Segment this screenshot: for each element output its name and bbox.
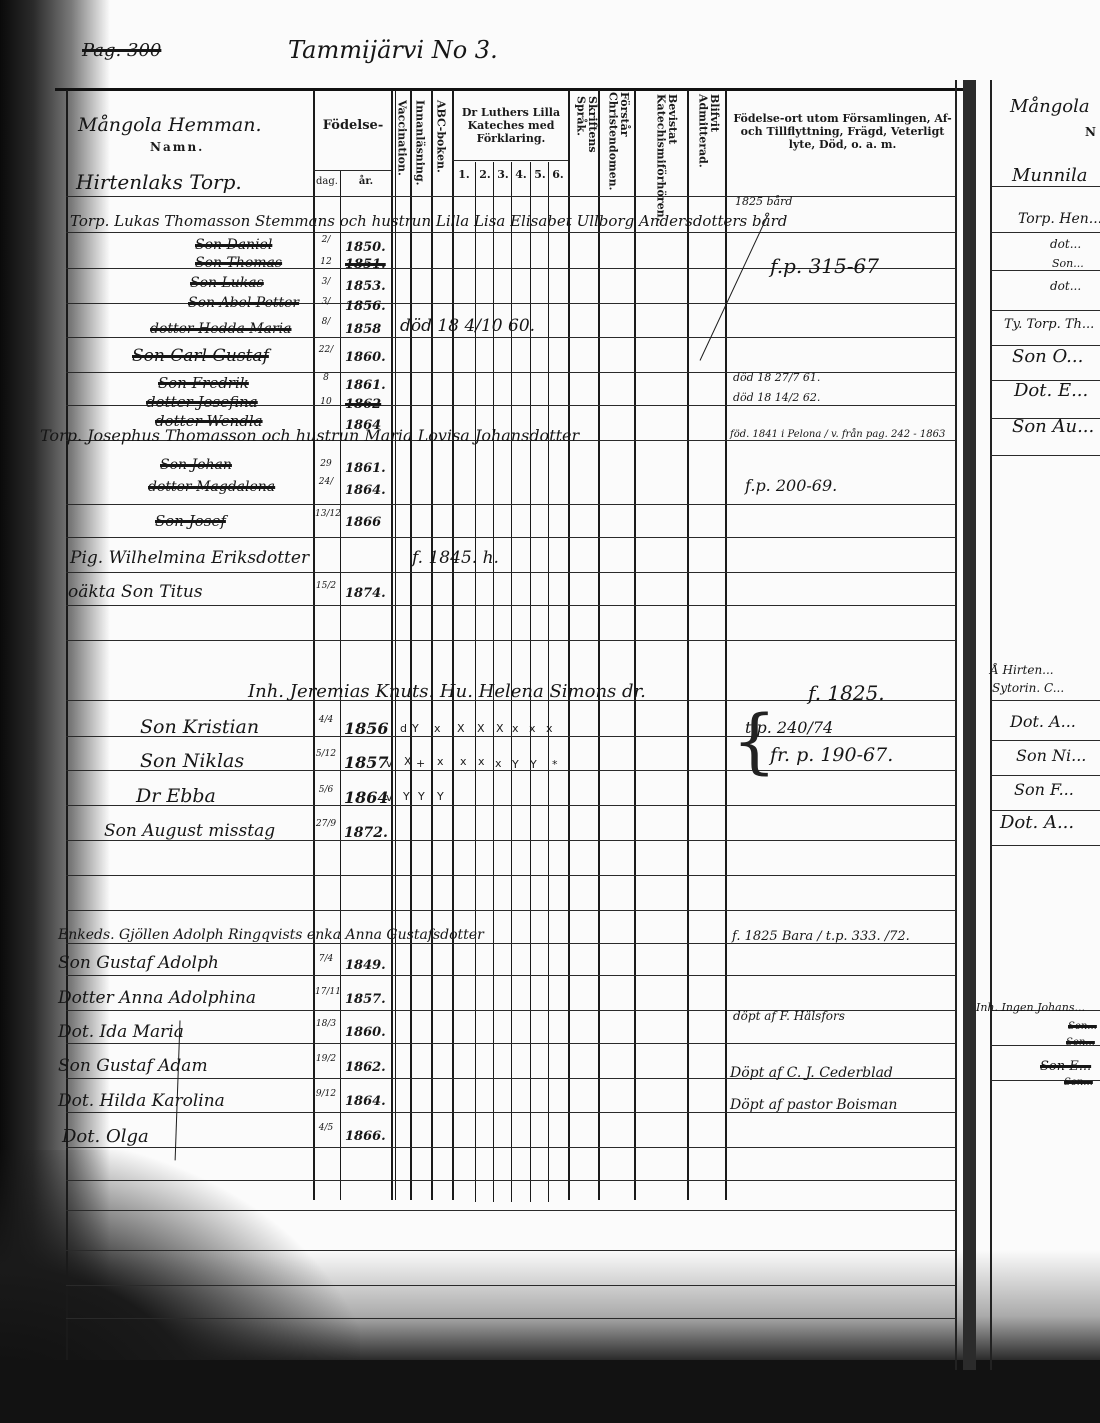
right-row-rule — [990, 455, 1100, 456]
row-rule — [66, 504, 956, 505]
row-rule — [66, 572, 956, 573]
right-entry: Son... — [1064, 1078, 1093, 1088]
member-name: Son Johan — [160, 458, 232, 472]
row-rule — [66, 875, 956, 876]
right-section-heading: Munnila — [1012, 167, 1087, 185]
birth-day: 18/3 — [315, 1020, 337, 1029]
row-rule — [66, 1180, 956, 1181]
birth-year: 1864 — [344, 788, 389, 807]
header-innanlasning: Innanläsning. — [414, 100, 426, 192]
member-name: Dot. Ida Maria — [58, 1024, 184, 1041]
birth-day: 8/ — [315, 318, 337, 327]
col-line-birth-left — [313, 90, 315, 1200]
exam-mark: x — [512, 722, 519, 735]
exam-mark: Y — [403, 790, 410, 803]
row-rule — [66, 1043, 956, 1044]
birth-year: 1861. — [345, 378, 386, 393]
right-entry: Son... — [1066, 1038, 1095, 1048]
birth-day: 13/12 — [315, 510, 337, 519]
remark-birth-year: f. 1825. — [808, 683, 885, 703]
exam-mark: Y — [418, 790, 425, 803]
right-header-name: N — [1085, 125, 1096, 139]
row-rule — [66, 537, 956, 538]
member-name: Dotter Anna Adolphina — [58, 990, 256, 1007]
header-abc-boken: ABC-boken. — [435, 100, 447, 192]
header-birth-day: dag. — [314, 176, 340, 188]
birth-year: 1862 — [345, 398, 381, 411]
row-rule — [66, 975, 956, 976]
remark-baptism: Döpt af C. J. Cederblad — [730, 1066, 893, 1080]
parish-register-page: Pag. 300 Tammijärvi No 3. Mångola Hemman… — [0, 0, 1100, 1423]
row-rule — [66, 337, 956, 338]
right-row-rule — [990, 700, 1100, 701]
birth-day: 4/4 — [315, 716, 337, 725]
right-row-rule — [990, 810, 1100, 811]
col-line-luther-left — [452, 90, 454, 1200]
row-rule — [66, 1318, 956, 1319]
right-entry: Dot. A... — [1010, 714, 1076, 730]
member-name: Son Kristian — [140, 718, 259, 737]
right-row-rule — [990, 845, 1100, 846]
remark-death: död 18 27/7 61. — [733, 372, 820, 383]
exam-mark: v — [386, 791, 393, 804]
exam-mark: x — [460, 755, 467, 768]
birth-day: 29 — [315, 460, 337, 469]
header-luther-part-4: 4. — [512, 168, 530, 181]
member-name: Son Carl Gustaf — [132, 348, 269, 365]
member-name: Dr Ebba — [136, 787, 216, 806]
birth-year: 1864. — [345, 1094, 386, 1109]
birth-day: 19/2 — [315, 1055, 337, 1064]
exam-mark: X — [404, 755, 412, 768]
header-bevistat-katechismiforhoren: Bevistat Katechismiförhören. — [642, 94, 678, 194]
header-luther-part-1: 1. — [455, 168, 473, 181]
right-entry: Å Hirten... — [990, 664, 1054, 676]
row-rule — [66, 372, 956, 373]
exam-mark: d — [400, 722, 407, 735]
right-row-rule — [990, 740, 1100, 741]
right-row-rule — [990, 310, 1100, 311]
birth-day: 12 — [315, 258, 337, 267]
right-entry: Son Au... — [1012, 418, 1094, 436]
remark-brace: { — [732, 706, 777, 776]
member-name: dotter Josefina — [146, 395, 258, 410]
header-bottom-rule — [66, 196, 956, 197]
remark-transfer: f.p. 200-69. — [745, 478, 837, 494]
exam-mark: Y — [512, 758, 519, 771]
birth-sub-rule — [313, 170, 391, 171]
remark-transfer: f.p. 315-67 — [770, 256, 879, 276]
household-head: Torp. Josephus Thomasson och hustrun Mar… — [40, 428, 579, 444]
member-name: Son August misstag — [104, 823, 275, 840]
remark-birth-year: 1825 bård — [735, 196, 792, 207]
birth-day: 3/ — [315, 298, 337, 307]
exam-mark: x — [495, 757, 502, 770]
right-header-estate: Mångola — [1010, 98, 1090, 116]
birth-year: 1866. — [345, 1129, 386, 1144]
row-rule — [66, 1147, 956, 1148]
right-entry: Ty. Torp. Th... — [1004, 318, 1094, 331]
row-rule — [66, 232, 956, 233]
col-line-remarks-left — [725, 90, 727, 1200]
right-entry: Son F... — [1014, 782, 1074, 798]
birth-year: 1857. — [345, 992, 386, 1007]
member-name: Son Niklas — [140, 752, 244, 771]
birth-year: 1860. — [345, 1025, 386, 1040]
spine-edge — [955, 80, 957, 1370]
member-name: dotter Magdalena — [148, 480, 275, 494]
birth-day: 5/12 — [315, 750, 337, 759]
member-name: dotter Hedda Maria — [150, 322, 291, 336]
birth-year: 1861. — [345, 461, 386, 476]
birth-year: 1860. — [345, 350, 386, 365]
remark-origin: föd. 1841 i Pelona / v. från pag. 242 - … — [730, 430, 945, 440]
birth-day: 4/5 — [315, 1124, 337, 1133]
member-name: oäkta Son Titus — [68, 584, 203, 601]
birth-year: 1866 — [345, 515, 381, 530]
member-name: Son Lukas — [190, 276, 264, 290]
book-spine — [963, 80, 976, 1370]
member-name: Pig. Wilhelmina Eriksdotter — [70, 550, 309, 567]
header-luther-part-6: 6. — [549, 168, 567, 181]
right-row-rule — [990, 232, 1100, 233]
bracket-stroke — [700, 215, 769, 360]
birth-day: 10 — [315, 398, 337, 407]
exam-mark: Y — [437, 790, 444, 803]
top-rule — [55, 88, 965, 91]
birth-day: 15/2 — [315, 582, 337, 591]
birth-day: 3/ — [315, 278, 337, 287]
header-birth: Födelse- — [316, 118, 390, 134]
right-row-rule — [990, 775, 1100, 776]
exam-mark: Y — [412, 722, 419, 735]
birth-year: 1851. — [345, 258, 386, 271]
remark-death: död 18 14/2 62. — [733, 392, 820, 403]
right-entry: Sytorin. C... — [992, 682, 1064, 694]
member-name: Son Josef — [155, 514, 226, 529]
luther-sub-rule — [452, 160, 568, 161]
birth-year: 1874. — [345, 586, 386, 601]
exam-mark: X — [496, 722, 504, 735]
birth-year: 1858 — [345, 322, 381, 337]
col-line-bevistat-left — [634, 90, 636, 1200]
remark-death: död 18 4/10 60. — [400, 318, 535, 335]
birth-year: 1850. — [345, 240, 386, 255]
right-header-bottom-rule — [990, 186, 1100, 187]
right-page-edge — [990, 80, 992, 1370]
right-row-rule — [990, 270, 1100, 271]
birth-day: 8 — [315, 374, 337, 383]
member-name: Dot. Hilda Karolina — [58, 1093, 225, 1110]
page-title: Tammijärvi No 3. — [288, 38, 498, 62]
birth-year: 1849. — [345, 958, 386, 973]
right-entry: Son E... — [1040, 1060, 1091, 1073]
right-entry: Son... — [1068, 1022, 1097, 1032]
member-name: Dot. Olga — [62, 1128, 149, 1146]
right-entry: Dot. E... — [1014, 382, 1088, 400]
row-rule — [66, 1285, 956, 1286]
birth-year: 1862. — [345, 1060, 386, 1075]
exam-mark: x — [437, 755, 444, 768]
col-line-double — [395, 90, 396, 1200]
birth-year: 1856. — [345, 299, 386, 314]
right-entry: Torp. Hen... — [1018, 212, 1100, 226]
exam-mark: x — [478, 755, 485, 768]
remark-birth-year: f. 1845. h. — [412, 550, 499, 567]
header-luther-catechism: Dr Luthers Lilla Kateches med Förklaring… — [454, 106, 568, 146]
header-birth-year: år. — [342, 176, 390, 188]
col-line-skrift-left — [568, 90, 570, 1200]
row-rule — [66, 910, 956, 911]
member-name: Son Daniel — [195, 238, 272, 252]
col-line-vacc-left — [391, 90, 393, 1200]
birth-year: 1853. — [345, 279, 386, 294]
birth-day: 2/ — [315, 236, 337, 245]
birth-year: 1864. — [345, 483, 386, 498]
exam-mark: x — [546, 722, 553, 735]
header-blifvit-admitterad: Blifvit Admitterad. — [694, 94, 720, 194]
right-entry: dot... — [1050, 238, 1081, 250]
row-rule — [66, 640, 956, 641]
household-head: Torp. Lukas Thomasson Stemmans och hustr… — [70, 214, 787, 229]
header-luther-part-3: 3. — [494, 168, 512, 181]
exam-mark: v — [386, 757, 393, 770]
col-line-admit-left — [687, 90, 689, 1200]
birth-day: 5/6 — [315, 786, 337, 795]
household-head: Inh. Jeremias Knuts. Hu. Helena Simons d… — [248, 683, 646, 701]
row-rule — [66, 1210, 956, 1211]
exam-mark: + — [416, 757, 425, 770]
struck-page-ref: Pag. 300 — [82, 42, 161, 60]
remark-origin: f. 1825 Bara / t.p. 333. /72. — [732, 930, 910, 943]
header-skriftens-sprak: Skriftens Språk. — [575, 96, 598, 192]
header-estate-name: Mångola Hemman. — [78, 116, 262, 135]
col-line-left-edge — [66, 90, 68, 1360]
birth-day: 17/11 — [315, 988, 337, 997]
birth-year: 1872. — [344, 825, 388, 841]
birth-day: 22/ — [315, 346, 337, 355]
col-line-innan-left — [410, 90, 412, 1200]
birth-year: 1857 — [344, 753, 389, 772]
row-rule — [66, 605, 956, 606]
right-entry: Dot. A... — [1000, 814, 1074, 832]
col-line-abc-left — [431, 90, 433, 1200]
right-entry: Son Ni... — [1016, 748, 1086, 764]
member-name: Son Gustaf Adolph — [58, 955, 219, 972]
birth-year: 1856 — [344, 719, 389, 738]
remark-transfer: fr. p. 190-67. — [770, 746, 893, 765]
exam-mark: X — [477, 722, 485, 735]
birth-day: 7/4 — [315, 955, 337, 964]
section-heading-hirtenlaks: Hirtenlaks Torp. — [76, 172, 242, 192]
header-vaccination: Vaccination. — [396, 100, 408, 192]
birth-day: 9/12 — [315, 1090, 337, 1099]
exam-mark: x — [529, 722, 536, 735]
remark-baptism: döpt af F. Hälsfors — [733, 1010, 845, 1022]
exam-mark: Y — [530, 758, 537, 771]
birth-day: 27/9 — [315, 820, 337, 829]
header-luther-part-5: 5. — [531, 168, 549, 181]
household-head: Enkeds. Gjöllen Adolph Ringqvists enka A… — [58, 928, 484, 942]
exam-mark: x — [434, 722, 441, 735]
birth-day: 24/ — [315, 478, 337, 487]
right-entry: Inh. Ingen Johans... — [976, 1002, 1085, 1013]
member-name: Son Thomas — [195, 256, 282, 270]
right-entry: dot... — [1050, 280, 1081, 292]
remark-baptism: Döpt af pastor Boisman — [730, 1098, 897, 1112]
member-name: Son Fredrik — [158, 376, 249, 391]
header-luther-part-2: 2. — [476, 168, 494, 181]
right-entry: Son... — [1052, 258, 1084, 269]
row-rule — [66, 1250, 956, 1251]
exam-mark: * — [552, 758, 558, 771]
scan-shadow-bottom — [0, 1360, 1100, 1423]
member-name: Son Gustaf Adam — [58, 1058, 208, 1075]
header-name: Namn. — [150, 140, 204, 154]
exam-mark: X — [457, 722, 465, 735]
header-remarks: Födelse-ort utom Församlingen, Af- och T… — [730, 112, 955, 152]
header-forstar-christendomen: Förstår Christendomen. — [604, 92, 630, 192]
col-line-forstar-left — [598, 90, 600, 1200]
member-name: Son Abel Petter — [188, 296, 299, 310]
right-entry: Son O... — [1012, 348, 1083, 366]
